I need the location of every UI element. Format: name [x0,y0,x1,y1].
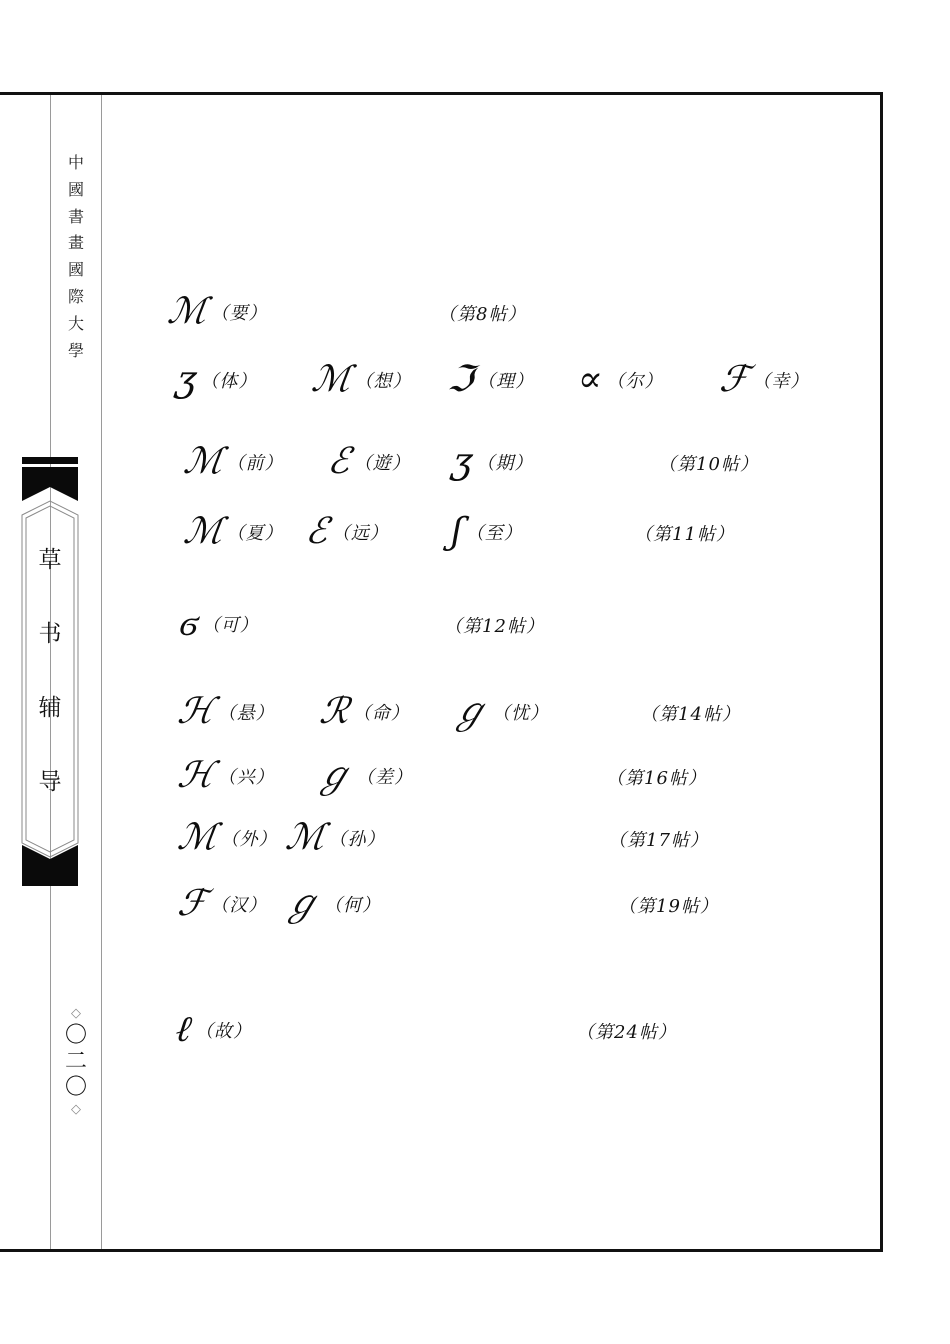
cursive-glossary: ℳ（要）（第8帖）ʒ（体）ℳ（想）ℑ（理）∝（尔）ℱ（幸）ℳ（前）ℰ（遊）ʒ（期… [0,0,950,1344]
glossary-entry: ℳ（要） [168,292,268,332]
cursive-character: ℱ [717,360,751,400]
cursive-character: ℊ [313,756,355,796]
cursive-character: ʒ [449,442,475,482]
glossary-entry: ℱ（幸） [720,360,809,400]
cursive-character: ℛ [317,692,351,732]
glossary-entry: ℛ（命） [320,692,410,732]
standard-character-gloss: （要） [211,299,268,325]
cursive-character: ℳ [309,360,353,400]
cursive-character: ℊ [449,692,491,732]
copybook-reference: （第11帖） [634,520,735,546]
copybook-reference: （第16帖） [606,764,707,790]
cursive-character: ℳ [181,512,225,552]
cursive-character: ℰ [303,512,330,552]
cursive-character: ʃ [449,512,464,552]
cursive-character: ℑ [445,360,476,400]
cursive-character: ʒ [173,360,199,400]
glossary-entry: ℳ（夏） [184,512,284,552]
standard-character-gloss: （至） [466,519,523,545]
standard-character-gloss: （外） [221,825,278,851]
cursive-character: ℳ [181,442,225,482]
copybook-reference: （第12帖） [444,612,545,638]
standard-character-gloss: （前） [227,449,284,475]
standard-character-gloss: （忧） [492,699,549,725]
standard-character-gloss: （何） [324,891,381,917]
cursive-character: ℳ [283,818,327,858]
glossary-entry: ℳ（想） [312,360,412,400]
cursive-character: ℓ [173,1010,194,1050]
cursive-character: ℳ [165,292,209,332]
glossary-entry: ℳ（外） [178,818,278,858]
copybook-reference: （第17帖） [608,826,709,852]
copybook-reference: （第10帖） [658,450,759,476]
copybook-reference: （第19帖） [618,892,719,918]
glossary-entry: ℳ（孙） [286,818,386,858]
glossary-entry: ∝（尔） [578,360,663,400]
glossary-entry: ϭ（可） [180,604,259,644]
glossary-entry: ℊ（忧） [452,692,549,732]
glossary-entry: ℊ（何） [284,884,381,924]
copybook-reference: （第8帖） [438,300,526,326]
cursive-character: ℋ [175,756,216,796]
cursive-character: ∝ [575,360,605,400]
cursive-character: ℳ [175,818,219,858]
standard-character-gloss: （想） [355,367,412,393]
cursive-character: ℰ [325,442,352,482]
standard-character-gloss: （汉） [210,891,267,917]
standard-character-gloss: （可） [202,611,259,637]
glossary-entry: ʒ（期） [452,442,533,482]
copybook-reference: （第14帖） [640,700,741,726]
standard-character-gloss: （故） [195,1017,252,1043]
standard-character-gloss: （差） [356,763,413,789]
standard-character-gloss: （悬） [218,699,275,725]
standard-character-gloss: （遊） [354,449,411,475]
cursive-character: ϭ [177,604,200,644]
copybook-reference: （第24帖） [576,1018,677,1044]
standard-character-gloss: （夏） [227,519,284,545]
standard-character-gloss: （体） [200,367,257,393]
standard-character-gloss: （孙） [329,825,386,851]
standard-character-gloss: （尔） [606,367,663,393]
glossary-entry: ℳ（前） [184,442,284,482]
cursive-character: ℱ [175,884,209,924]
standard-character-gloss: （远） [332,519,389,545]
glossary-entry: ℰ（遊） [328,442,411,482]
glossary-entry: ʒ（体） [176,360,257,400]
cursive-character: ℊ [281,884,323,924]
glossary-entry: ʃ（至） [452,512,523,552]
glossary-entry: ℋ（兴） [178,756,275,796]
glossary-entry: ℑ（理） [448,360,534,400]
standard-character-gloss: （幸） [752,367,809,393]
glossary-entry: ℊ（差） [316,756,413,796]
glossary-entry: ℰ（远） [306,512,389,552]
glossary-entry: ℋ（悬） [178,692,275,732]
cursive-character: ℋ [175,692,216,732]
standard-character-gloss: （理） [477,367,534,393]
standard-character-gloss: （兴） [218,763,275,789]
standard-character-gloss: （命） [353,699,410,725]
glossary-entry: ℱ（汉） [178,884,267,924]
glossary-entry: ℓ（故） [176,1010,252,1050]
standard-character-gloss: （期） [476,449,533,475]
